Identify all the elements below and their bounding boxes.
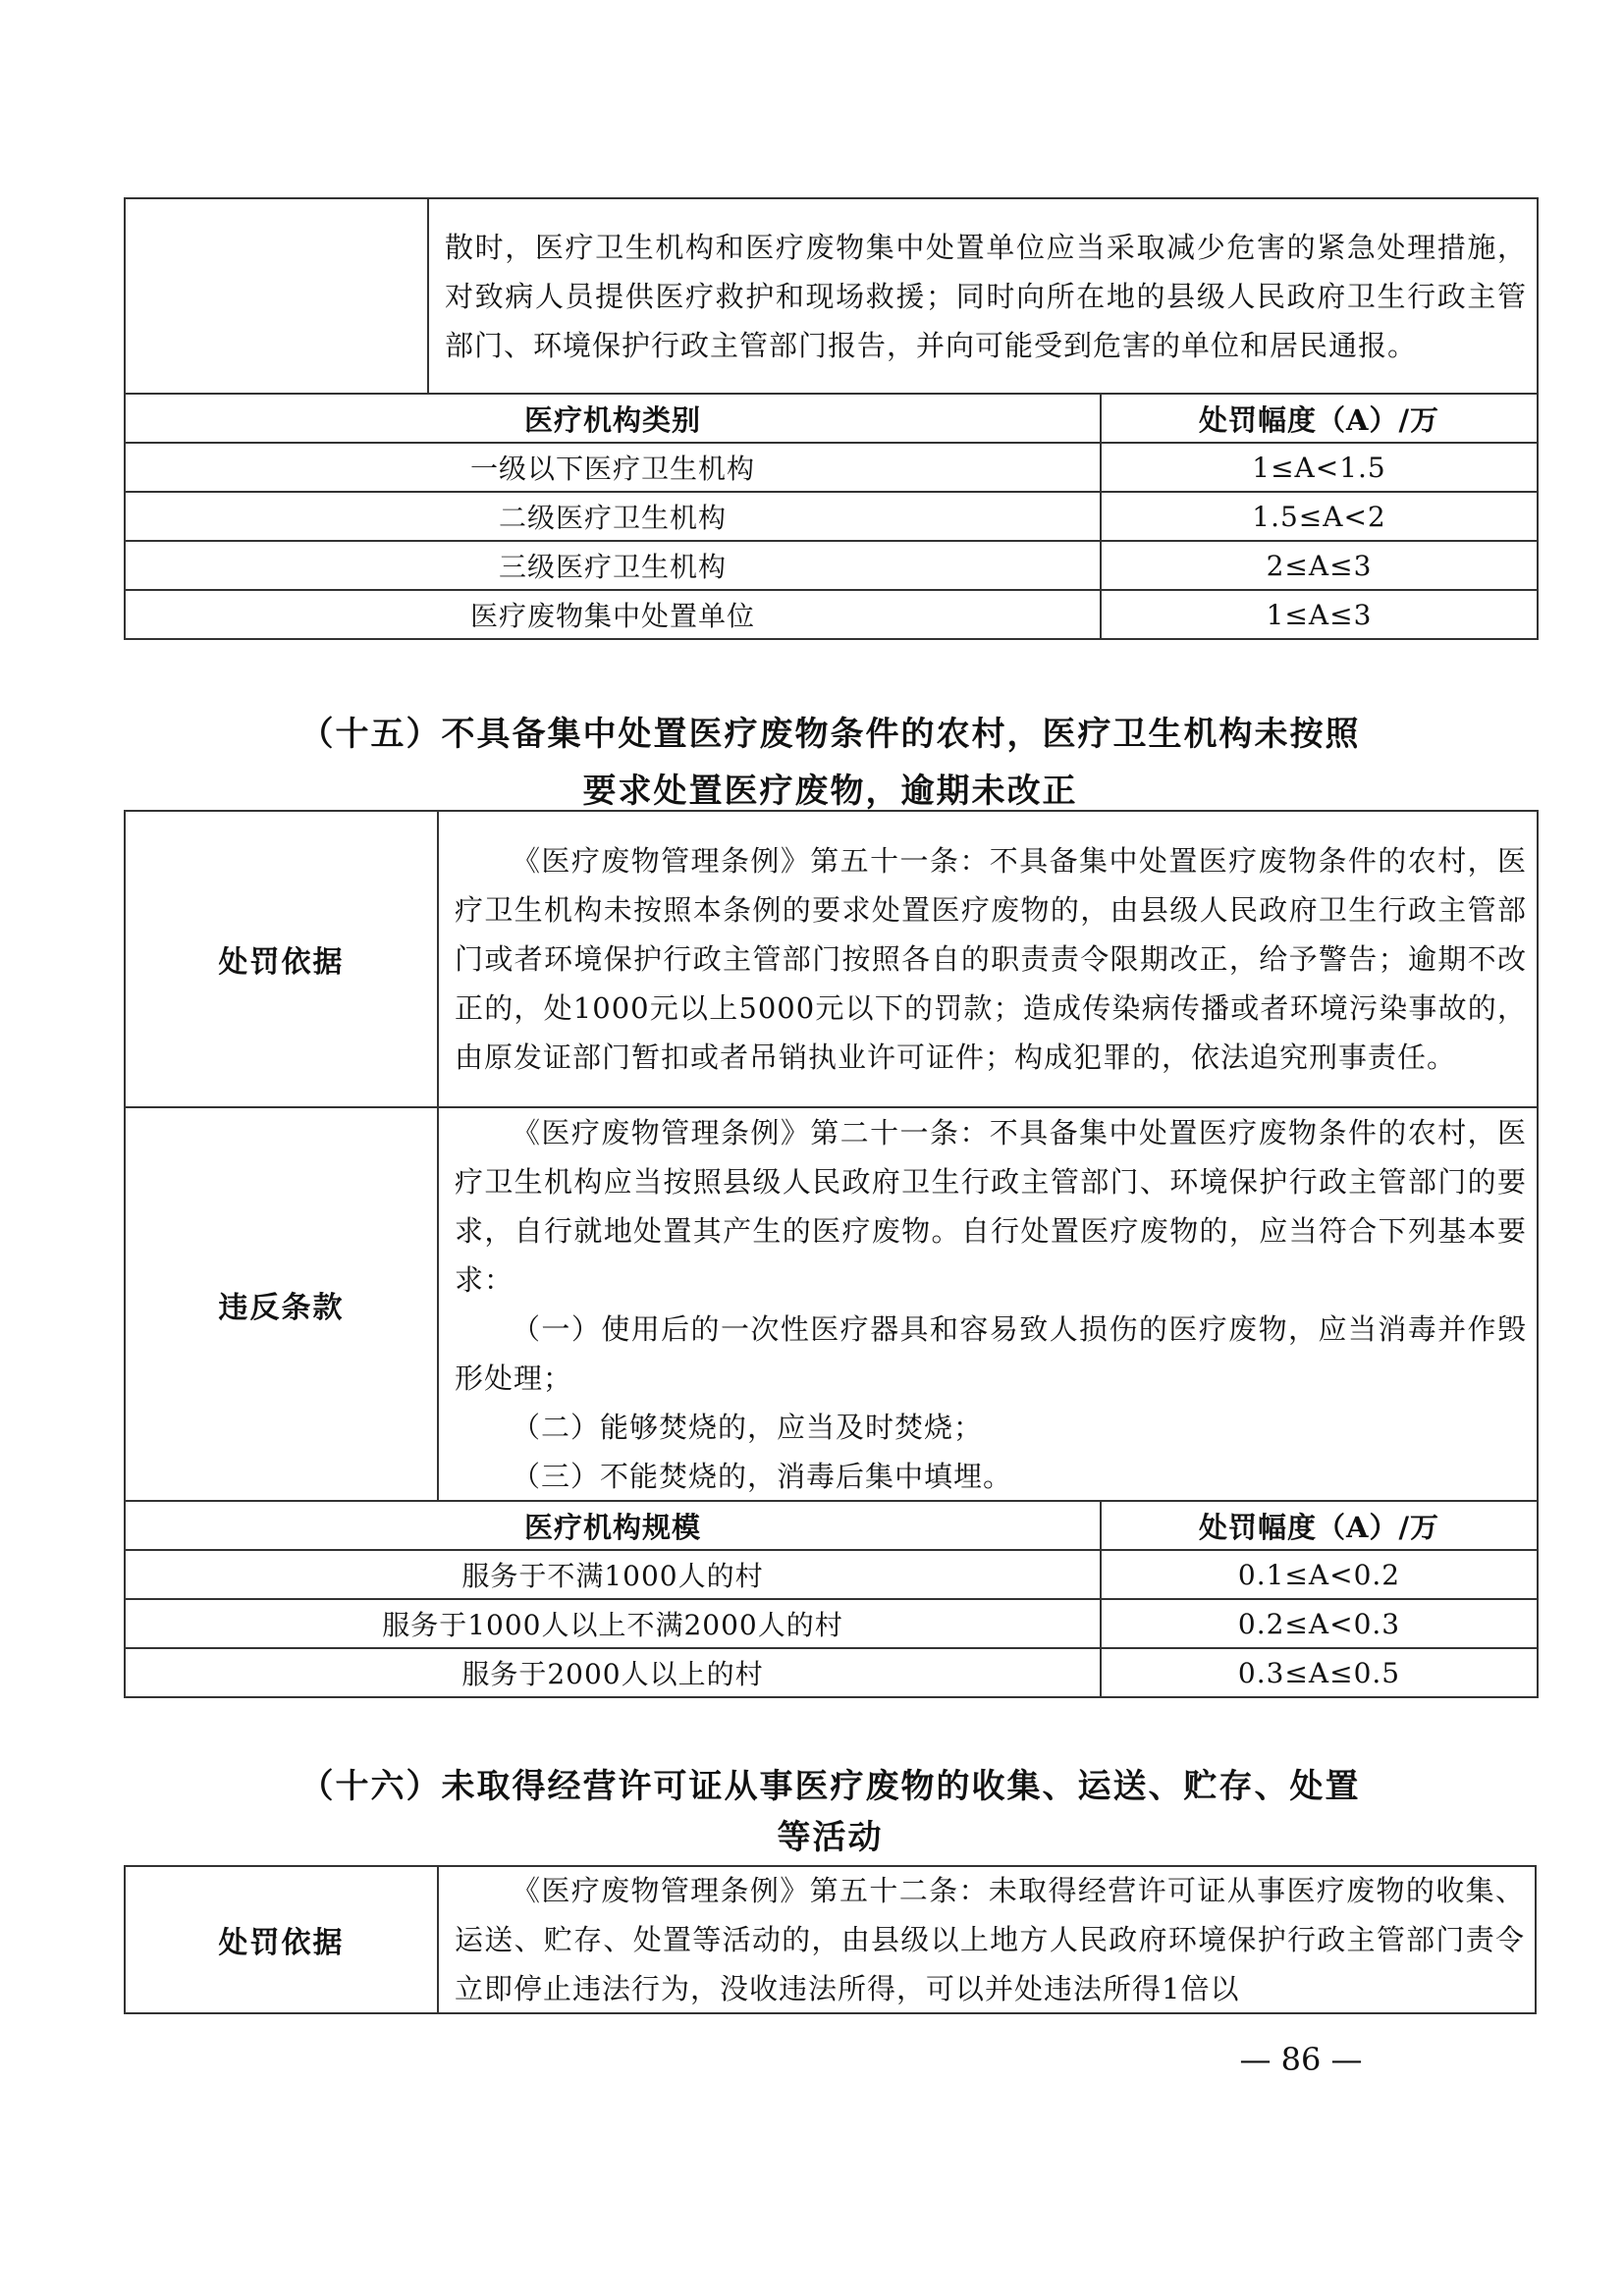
table-header-row: 医疗机构规模 处罚幅度（A）/万 — [125, 1501, 1538, 1550]
basis-label: 处罚依据 — [126, 1867, 439, 2012]
table-row: 医疗废物集中处置单位 1≤A≤3 — [125, 590, 1538, 639]
section-16-heading: （十六）未取得经营许可证从事医疗废物的收集、运送、贮存、处置 等活动 — [124, 1761, 1537, 1863]
section-15-table: 处罚依据 《医疗废物管理条例》第五十一条：不具备集中处置医疗废物条件的农村，医疗… — [124, 810, 1539, 1698]
empty-label-cell — [126, 199, 429, 393]
page-number: — 86 — — [1218, 2038, 1384, 2081]
table-row: 一级以下医疗卫生机构 1≤A<1.5 — [125, 443, 1538, 492]
header-category: 医疗机构类别 — [125, 394, 1101, 443]
table-header-row: 医疗机构类别 处罚幅度（A）/万 — [125, 394, 1538, 443]
violation-label: 违反条款 — [126, 1108, 439, 1500]
range-cell: 0.3≤A≤0.5 — [1101, 1648, 1538, 1697]
range-cell: 2≤A≤3 — [1101, 541, 1538, 590]
section-15-title-line1: （十五）不具备集中处置医疗废物条件的农村，医疗卫生机构未按照 — [124, 706, 1537, 763]
header-range: 处罚幅度（A）/万 — [1101, 394, 1538, 443]
category-cell: 二级医疗卫生机构 — [125, 492, 1101, 541]
scale-cell: 服务于1000人以上不满2000人的村 — [125, 1599, 1101, 1648]
range-cell: 1.5≤A<2 — [1101, 492, 1538, 541]
range-cell: 0.2≤A<0.3 — [1101, 1599, 1538, 1648]
table-row: 三级医疗卫生机构 2≤A≤3 — [125, 541, 1538, 590]
continuation-row: 散时，医疗卫生机构和医疗废物集中处置单位应当采取减少危害的紧急处理措施，对致病人… — [125, 198, 1538, 394]
violation-item-3: （三）不能焚烧的，消毒后集中填埋。 — [455, 1452, 1527, 1501]
violation-item-2: （二）能够焚烧的，应当及时焚烧； — [455, 1403, 1527, 1452]
section-15-heading: （十五）不具备集中处置医疗废物条件的农村，医疗卫生机构未按照 要求处置医疗废物，… — [124, 706, 1537, 820]
scale-cell: 服务于不满1000人的村 — [125, 1550, 1101, 1599]
violation-item-1: （一）使用后的一次性医疗器具和容易致人损伤的医疗废物，应当消毒并作毁形处理； — [455, 1305, 1527, 1403]
table-row: 服务于不满1000人的村 0.1≤A<0.2 — [125, 1550, 1538, 1599]
category-cell: 一级以下医疗卫生机构 — [125, 443, 1101, 492]
penalty-table-continued: 散时，医疗卫生机构和医疗废物集中处置单位应当采取减少危害的紧急处理措施，对致病人… — [124, 197, 1539, 640]
table-row: 服务于2000人以上的村 0.3≤A≤0.5 — [125, 1648, 1538, 1697]
header-range: 处罚幅度（A）/万 — [1101, 1501, 1538, 1550]
category-cell: 医疗废物集中处置单位 — [125, 590, 1101, 639]
table-row: 二级医疗卫生机构 1.5≤A<2 — [125, 492, 1538, 541]
basis-text-cell: 《医疗废物管理条例》第五十二条：未取得经营许可证从事医疗废物的收集、运送、贮存、… — [439, 1867, 1535, 2012]
basis-text-cell: 《医疗废物管理条例》第五十一条：不具备集中处置医疗废物条件的农村，医疗卫生机构未… — [439, 812, 1537, 1106]
scale-cell: 服务于2000人以上的村 — [125, 1648, 1101, 1697]
section-16-table: 处罚依据 《医疗废物管理条例》第五十二条：未取得经营许可证从事医疗废物的收集、运… — [124, 1865, 1537, 2014]
continuation-text: 散时，医疗卫生机构和医疗废物集中处置单位应当采取减少危害的紧急处理措施，对致病人… — [445, 223, 1527, 370]
basis-row: 处罚依据 《医疗废物管理条例》第五十一条：不具备集中处置医疗废物条件的农村，医疗… — [125, 811, 1538, 1107]
continuation-text-cell: 散时，医疗卫生机构和医疗废物集中处置单位应当采取减少危害的紧急处理措施，对致病人… — [429, 199, 1537, 393]
violation-row: 违反条款 《医疗废物管理条例》第二十一条：不具备集中处置医疗废物条件的农村，医疗… — [125, 1107, 1538, 1501]
range-cell: 0.1≤A<0.2 — [1101, 1550, 1538, 1599]
section-16-title-line2: 等活动 — [124, 1812, 1537, 1863]
basis-text: 《医疗废物管理条例》第五十一条：不具备集中处置医疗废物条件的农村，医疗卫生机构未… — [455, 836, 1527, 1082]
violation-text: 《医疗废物管理条例》第二十一条：不具备集中处置医疗废物条件的农村，医疗卫生机构应… — [455, 1108, 1527, 1305]
section-16-title-line1: （十六）未取得经营许可证从事医疗废物的收集、运送、贮存、处置 — [124, 1761, 1537, 1812]
table-row: 服务于1000人以上不满2000人的村 0.2≤A<0.3 — [125, 1599, 1538, 1648]
range-cell: 1≤A≤3 — [1101, 590, 1538, 639]
range-cell: 1≤A<1.5 — [1101, 443, 1538, 492]
basis-text: 《医疗废物管理条例》第五十二条：未取得经营许可证从事医疗废物的收集、运送、贮存、… — [455, 1867, 1525, 2012]
basis-label: 处罚依据 — [126, 812, 439, 1106]
basis-row: 处罚依据 《医疗废物管理条例》第五十二条：未取得经营许可证从事医疗废物的收集、运… — [125, 1866, 1536, 2013]
violation-text-cell: 《医疗废物管理条例》第二十一条：不具备集中处置医疗废物条件的农村，医疗卫生机构应… — [439, 1108, 1537, 1500]
category-cell: 三级医疗卫生机构 — [125, 541, 1101, 590]
header-scale: 医疗机构规模 — [125, 1501, 1101, 1550]
